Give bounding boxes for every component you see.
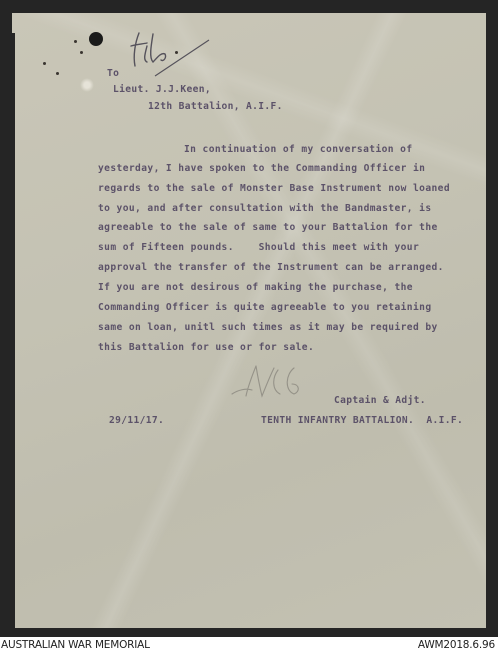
body-line: In continuation of my conversation of	[184, 144, 413, 155]
accession-number: AWM2018.6.96	[418, 639, 495, 651]
paper-speck	[74, 40, 77, 43]
svg-text:MCC: MCC	[228, 360, 257, 364]
body-line: agreeable to the sale of same to your Ba…	[98, 222, 438, 233]
paper-speck	[56, 72, 59, 75]
paper-edge-notch	[12, 33, 15, 628]
body-line: yesterday, I have spoken to the Commandi…	[98, 163, 425, 174]
handwritten-file-annotation: File	[125, 28, 215, 78]
institution-caption: AUSTRALIAN WAR MEMORIAL	[1, 639, 150, 651]
to-label: To	[107, 69, 119, 79]
body-line: this Battalion for use or for sale.	[98, 342, 314, 353]
recipient-unit: 12th Battalion, A.I.F.	[148, 102, 283, 112]
svg-text:File: File	[125, 28, 164, 32]
recipient-name: Lieut. J.J.Keen,	[113, 85, 211, 95]
signatory-title: Captain & Adjt.	[334, 396, 426, 406]
body-line: to you, and after consultation with the …	[98, 203, 432, 214]
paper-speck	[43, 62, 46, 65]
body-line: Commanding Officer is quite agreeable to…	[98, 302, 432, 313]
letter-date: 29/11/17.	[109, 416, 164, 426]
organisation-name: TENTH INFANTRY BATTALION. A.I.F.	[261, 416, 463, 426]
body-line: regards to the sale of Monster Base Inst…	[98, 183, 450, 194]
punch-hole	[89, 32, 103, 46]
paper-tear	[80, 78, 94, 92]
body-line: approval the transfer of the Instrument …	[98, 262, 444, 273]
body-line: sum of Fifteen pounds. Should this meet …	[98, 242, 419, 253]
handwritten-signature: MCC	[228, 360, 318, 405]
paper-speck	[80, 51, 83, 54]
body-line: If you are not desirous of making the pu…	[98, 282, 413, 293]
body-line: same on loan, unitl such times as it may…	[98, 322, 438, 333]
